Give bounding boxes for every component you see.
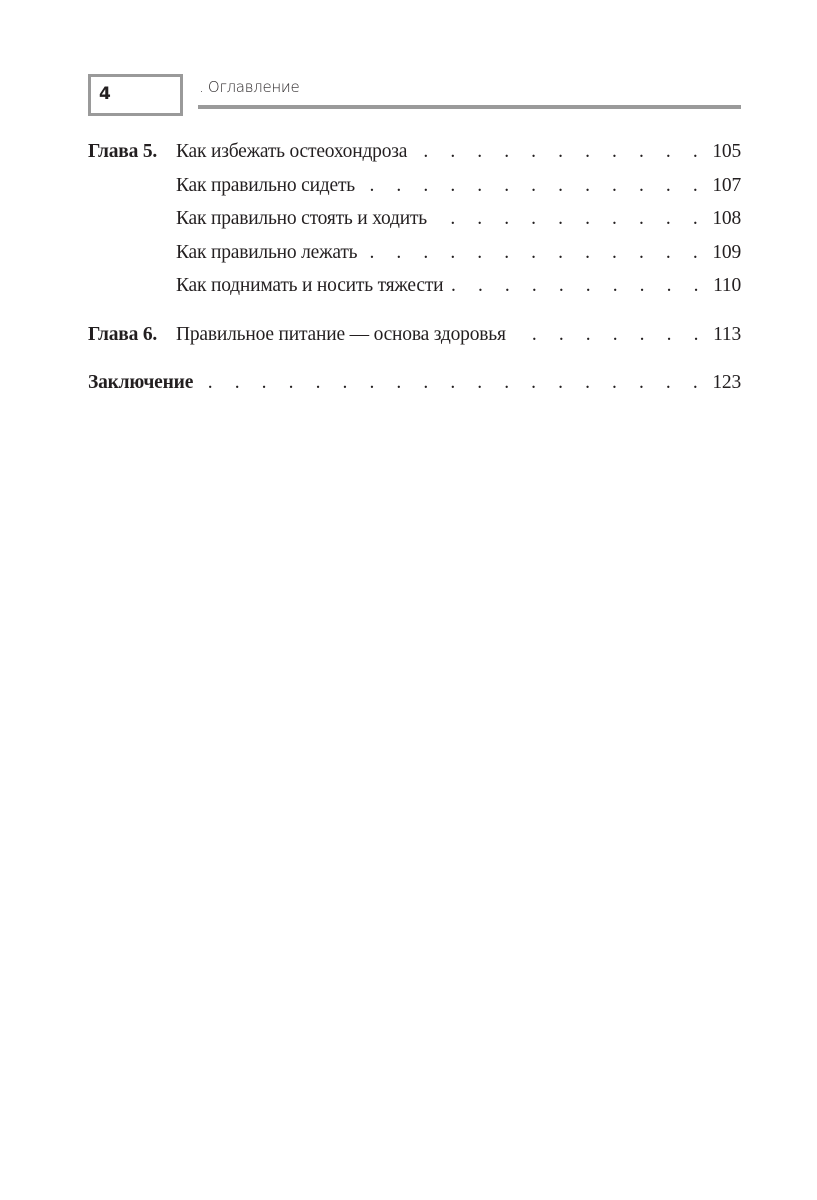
toc-entry[interactable]: Как правильно лежать . . . . . . . . . .… — [88, 239, 741, 273]
dot-leader: . . . . . . . . . . . . . . . . . . . . … — [413, 138, 706, 166]
entry-title: Заключение — [88, 369, 193, 397]
dot-leader: . . . . . . . . . . . . . . . . . . . . … — [512, 321, 707, 349]
toc-entry[interactable]: Как правильно сидеть . . . . . . . . . .… — [88, 172, 741, 206]
toc-entry[interactable]: Как правильно стоять и ходить . . . . . … — [88, 205, 741, 239]
toc-entry[interactable]: Как поднимать и носить тяжести . . . . .… — [88, 272, 741, 306]
page-ref: 123 — [712, 369, 741, 397]
toc-entry-conclusion[interactable]: Заключение . . . . . . . . . . . . . . .… — [88, 369, 741, 403]
page-ref: 113 — [713, 321, 741, 349]
page-ref: 105 — [712, 138, 741, 166]
dot-leader: . . . . . . . . . . . . . . . . . . . . … — [363, 239, 706, 267]
page-ref: 110 — [713, 272, 741, 300]
toc-entry-chapter-6[interactable]: Глава 6. Правильное питание — основа здо… — [88, 321, 741, 355]
dot-leader: . . . . . . . . . . . . . . . . . . . . … — [361, 172, 706, 200]
running-head: . Оглавление — [199, 78, 299, 96]
dot-leader: . . . . . . . . . . . . . . . . . . . . … — [199, 369, 706, 397]
page-number-box: 4 — [88, 74, 183, 116]
page-number: 4 — [99, 84, 111, 104]
table-of-contents: Глава 5. Как избежать остеохондроза . . … — [88, 138, 741, 403]
header-rule — [198, 105, 741, 109]
page-ref: 109 — [712, 239, 741, 267]
page-ref: 107 — [712, 172, 741, 200]
entry-title: Правильное питание — основа здоровья — [176, 321, 506, 349]
entry-title: Как избежать остеохондроза — [176, 138, 407, 166]
entry-title: Как поднимать и носить тяжести — [176, 272, 443, 300]
dot-leader: . . . . . . . . . . . . . . . . . . . . … — [433, 205, 706, 233]
page-ref: 108 — [712, 205, 741, 233]
chapter-label: Глава 5. — [88, 138, 176, 166]
entry-title: Как правильно сидеть — [176, 172, 355, 200]
dot-leader: . . . . . . . . . . . . . . . . . . . . … — [449, 272, 707, 300]
entry-title: Как правильно лежать — [176, 239, 357, 267]
entry-title: Как правильно стоять и ходить — [176, 205, 427, 233]
toc-entry-chapter-5[interactable]: Глава 5. Как избежать остеохондроза . . … — [88, 138, 741, 172]
chapter-label: Глава 6. — [88, 321, 176, 349]
